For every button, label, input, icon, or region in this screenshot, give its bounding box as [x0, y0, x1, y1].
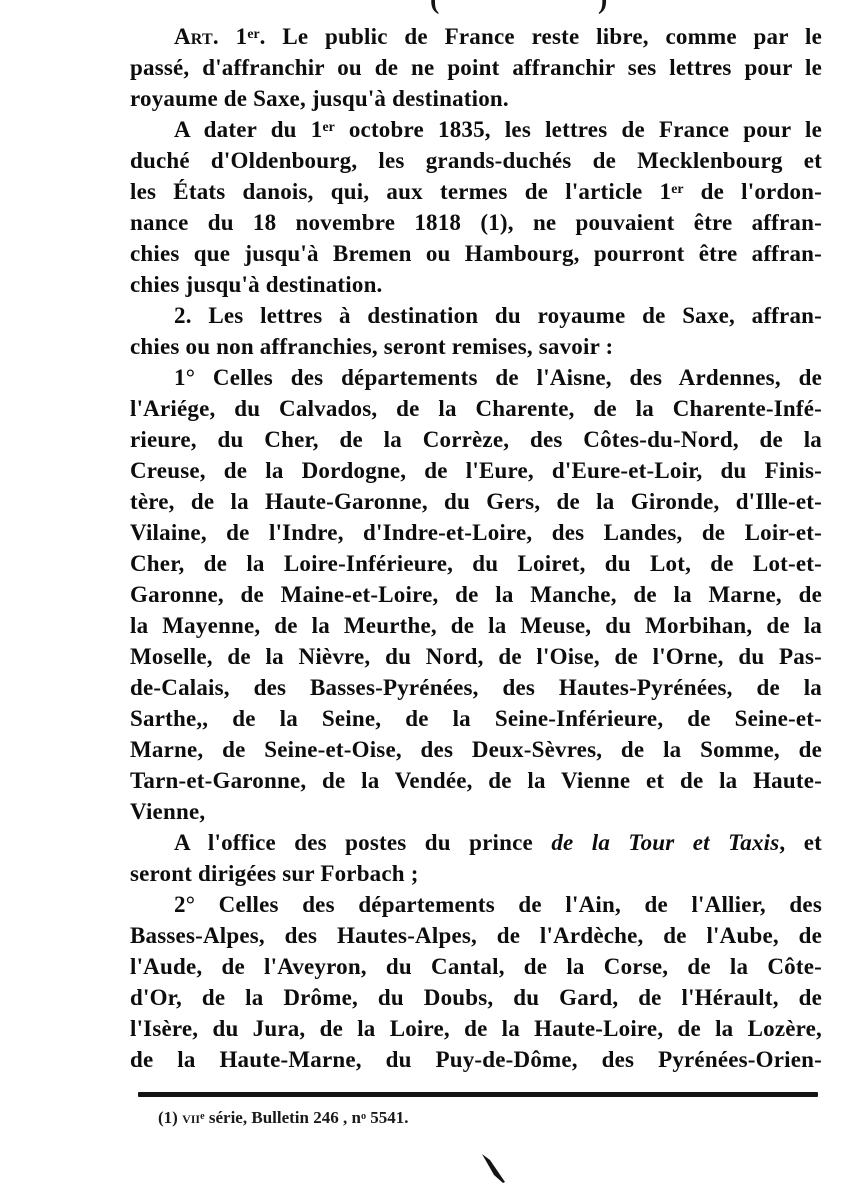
text-segment: passé, d'affranchir ou de ne point affra… [130, 55, 822, 80]
text-segment: Vienne, [130, 799, 205, 824]
scanned-document-page: ( ) Art. 1er. Le public de France reste … [0, 0, 849, 1190]
text-segment: Garonne, de Maine-et-Loire, de la Manche… [130, 582, 822, 607]
left-paren-glyph: ( [430, 0, 439, 16]
text-segment: chies que jusqu'à Bremen ou Hambourg, po… [130, 241, 822, 266]
text-line: Vilaine, de l'Indre, d'Indre-et-Loire, d… [130, 517, 822, 548]
footnote-text: (1) viie série, Bulletin 246 , no 5541. [158, 1106, 758, 1133]
text-line: A l'office des postes du prince de la To… [130, 827, 822, 858]
text-line: Tarn-et-Garonne, de la Vendée, de la Vie… [130, 765, 822, 796]
text-line: de-Calais, des Basses-Pyrénées, des Haut… [130, 672, 822, 703]
text-line: de la Haute-Marne, du Puy-de-Dôme, des P… [130, 1044, 822, 1075]
text-line: 2° Celles des départements de l'Ain, de … [130, 889, 822, 920]
text-segment: de-Calais, des Basses-Pyrénées, des Haut… [130, 675, 822, 700]
text-segment: chies ou non affranchies, seront remises… [130, 334, 613, 359]
text-segment: Cher, de la Loire-Inférieure, du Loiret,… [130, 551, 822, 576]
text-segment: de la Haute-Marne, du Puy-de-Dôme, des P… [130, 1047, 822, 1072]
text-segment: les États danois, qui, aux termes de l'a… [130, 179, 671, 204]
text-segment: 2° Celles des départements de l'Ain, de … [174, 892, 822, 917]
right-paren-glyph: ) [598, 0, 607, 16]
text-line: seront dirigées sur Forbach ; [130, 858, 822, 889]
text-line: nance du 18 novembre 1818 (1), ne pouvai… [130, 207, 822, 238]
text-line: 2. Les lettres à destination du royaume … [130, 300, 822, 331]
text-line: Marne, de Seine-et-Oise, des Deux-Sèvres… [130, 734, 822, 765]
text-line: Garonne, de Maine-et-Loire, de la Manche… [130, 579, 822, 610]
text-line: Vienne, [130, 796, 822, 827]
text-segment: Creuse, de la Dordogne, de l'Eure, d'Eur… [130, 458, 822, 483]
text-line: 1° Celles des départements de l'Aisne, d… [130, 362, 822, 393]
text-line: d'Or, de la Drôme, du Doubs, du Gard, de… [130, 982, 822, 1013]
ink-mark [478, 1152, 514, 1188]
text-line: Creuse, de la Dordogne, de l'Eure, d'Eur… [130, 455, 822, 486]
text-segment: l'Isère, du Jura, de la Loire, de la Hau… [130, 1016, 822, 1041]
text-segment: la Mayenne, de la Meurthe, de la Meuse, … [130, 613, 822, 638]
text-line: Basses-Alpes, des Hautes-Alpes, de l'Ard… [130, 920, 822, 951]
superscript-text: e [200, 1111, 205, 1122]
text-line: l'Aude, de l'Aveyron, du Cantal, de la C… [130, 951, 822, 982]
text-line: Moselle, de la Nièvre, du Nord, de l'Ois… [130, 641, 822, 672]
text-segment: (1) [158, 1108, 182, 1127]
text-line: Art. 1er. Le public de France reste libr… [130, 21, 822, 52]
text-segment: Sarthe,, de la Seine, de la Seine-Inféri… [130, 706, 822, 731]
text-line: rieure, du Cher, de la Corrèze, des Côte… [130, 424, 822, 455]
text-segment: nance du 18 novembre 1818 (1), ne pouvai… [130, 210, 822, 235]
text-line: tère, de la Haute-Garonne, du Gers, de l… [130, 486, 822, 517]
page-number-fragment: ( ) [0, 0, 849, 4]
text-segment: Basses-Alpes, des Hautes-Alpes, de l'Ard… [130, 923, 822, 948]
text-segment: de l'ordon- [683, 179, 822, 204]
text-line: l'Isère, du Jura, de la Loire, de la Hau… [130, 1013, 822, 1044]
smallcaps-text: Art. [174, 24, 219, 49]
text-segment: duché d'Oldenbourg, les grands-duchés de… [130, 148, 822, 173]
text-segment: 5541. [366, 1108, 409, 1127]
text-segment: Moselle, de la Nièvre, du Nord, de l'Ois… [130, 644, 822, 669]
text-segment: 1 [219, 24, 248, 49]
text-segment: série, Bulletin 246 , n [205, 1108, 361, 1127]
text-segment: royaume de Saxe, jusqu'à destination. [130, 86, 509, 111]
text-segment: seront dirigées sur Forbach ; [130, 861, 419, 886]
text-segment: Marne, de Seine-et-Oise, des Deux-Sèvres… [130, 737, 822, 762]
text-line: royaume de Saxe, jusqu'à destination. [130, 83, 822, 114]
ink-mark-shape [478, 1152, 514, 1188]
text-segment: . Le public de France reste libre, comme… [260, 24, 822, 49]
text-segment: 1° Celles des départements de l'Aisne, d… [174, 365, 822, 390]
text-segment: tère, de la Haute-Garonne, du Gers, de l… [130, 489, 822, 514]
text-segment: A dater du 1 [174, 117, 322, 142]
text-line: chies ou non affranchies, seront remises… [130, 331, 822, 362]
superscript-text: er [322, 119, 334, 134]
text-line: A dater du 1er octobre 1835, les lettres… [130, 114, 822, 145]
text-line: chies jusqu'à destination. [130, 269, 822, 300]
text-segment: A l'office des postes du prince [174, 830, 551, 855]
text-segment: l'Ariége, du Calvados, de la Charente, d… [130, 396, 822, 421]
text-segment: Vilaine, de l'Indre, d'Indre-et-Loire, d… [130, 520, 822, 545]
text-segment: d'Or, de la Drôme, du Doubs, du Gard, de… [130, 985, 822, 1010]
text-segment: chies jusqu'à destination. [130, 272, 383, 297]
superscript-text: o [361, 1111, 366, 1122]
superscript-text: er [671, 181, 683, 196]
smallcaps-text: vii [182, 1108, 200, 1127]
text-line: Cher, de la Loire-Inférieure, du Loiret,… [130, 548, 822, 579]
text-segment: rieure, du Cher, de la Corrèze, des Côte… [130, 427, 822, 452]
text-segment: 2. Les lettres à destination du royaume … [174, 303, 822, 328]
text-line: passé, d'affranchir ou de ne point affra… [130, 52, 822, 83]
footnote-rule [138, 1092, 818, 1097]
text-block: Art. 1er. Le public de France reste libr… [130, 21, 822, 1075]
text-line: l'Ariége, du Calvados, de la Charente, d… [130, 393, 822, 424]
text-line: chies que jusqu'à Bremen ou Hambourg, po… [130, 238, 822, 269]
superscript-text: er [247, 26, 259, 41]
text-segment: , et [779, 830, 822, 855]
text-line: la Mayenne, de la Meurthe, de la Meuse, … [130, 610, 822, 641]
text-line: Sarthe,, de la Seine, de la Seine-Inféri… [130, 703, 822, 734]
text-line: les États danois, qui, aux termes de l'a… [130, 176, 822, 207]
text-line: duché d'Oldenbourg, les grands-duchés de… [130, 145, 822, 176]
italic-text: de la Tour et Taxis [551, 830, 779, 855]
text-segment: octobre 1835, les lettres de France pour… [335, 117, 822, 142]
text-segment: Tarn-et-Garonne, de la Vendée, de la Vie… [130, 768, 822, 793]
text-segment: l'Aude, de l'Aveyron, du Cantal, de la C… [130, 954, 822, 979]
